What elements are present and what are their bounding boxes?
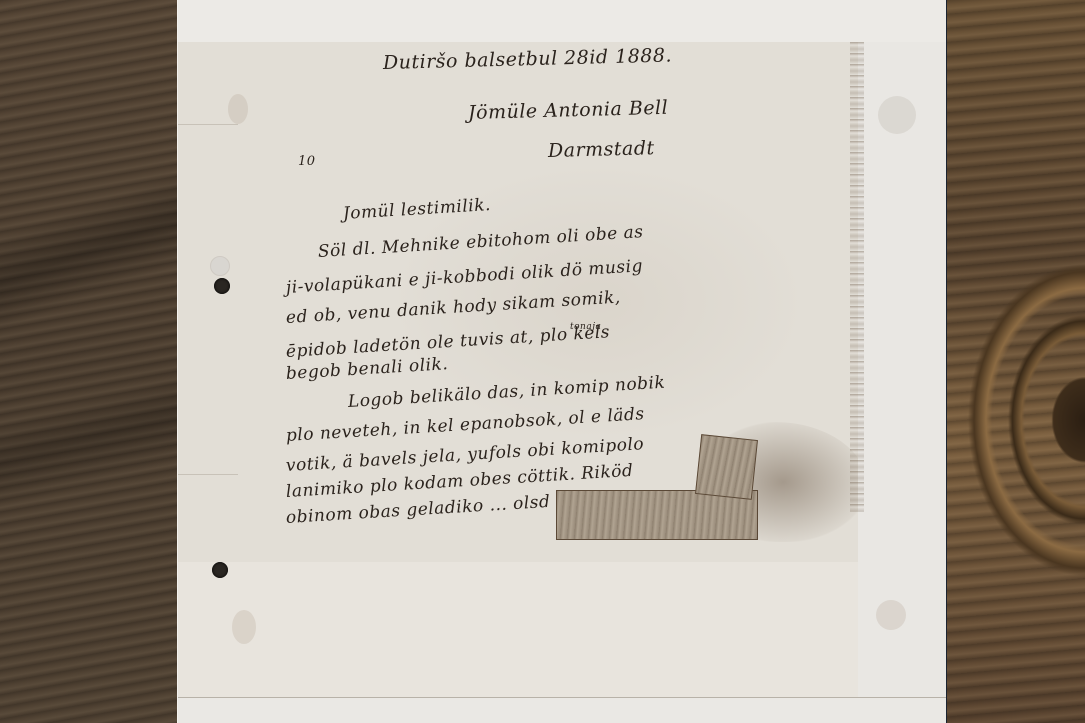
- letter-photo: Dutiršo balsetbul 28id 1888. Jömüle Anto…: [178, 42, 858, 562]
- hole-reinforcement: [210, 256, 230, 276]
- wood-background-left: [0, 0, 178, 723]
- salutation: Jomül lestimilik.: [342, 195, 491, 224]
- punch-hole: [212, 562, 228, 578]
- margin-number: 10: [298, 154, 316, 169]
- wood-background-right: [946, 0, 1085, 723]
- sheet-right-margin: [858, 42, 946, 697]
- paper-repair-patch: [556, 490, 758, 540]
- recipient-line: Jömüle Antonia Bell: [468, 97, 669, 124]
- crease-line: [178, 474, 238, 475]
- stain: [878, 96, 916, 134]
- stain: [876, 600, 906, 630]
- date-line: Dutiršo balsetbul 28id 1888.: [383, 44, 673, 74]
- punch-hole: [214, 278, 230, 294]
- body-line: ēpidob ladetön ole tuvis at, plo kels: [285, 322, 610, 362]
- letter-sheet: Dutiršo balsetbul 28id 1888. Jömüle Anto…: [178, 0, 946, 723]
- photo-edge: [850, 42, 864, 512]
- stain: [232, 610, 256, 644]
- sheet-bottom-fold: [178, 697, 946, 723]
- place-line: Darmstadt: [548, 137, 655, 162]
- body-line: Söl dl. Mehnike ebitohom oli obe as: [317, 222, 644, 262]
- stain: [228, 94, 248, 124]
- crease-line: [178, 124, 238, 125]
- sheet-top-fold: [178, 0, 946, 43]
- paper-repair-patch: [695, 434, 758, 500]
